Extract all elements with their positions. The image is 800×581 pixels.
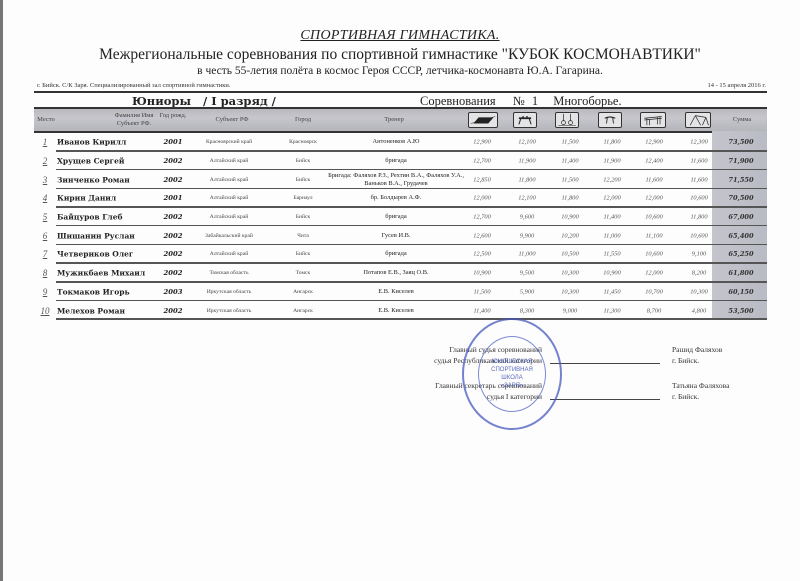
apparatus-score: 11,400 bbox=[548, 158, 592, 165]
apparatus-score: 11,100 bbox=[632, 232, 676, 239]
birth-year: 2002 bbox=[158, 232, 188, 240]
table-row: 3Зинченко Роман2002Алтайский крайБийскБр… bbox=[34, 170, 767, 189]
results-table-header: Место Фамилия Имя Субъект РФ. Год рожд. … bbox=[34, 107, 767, 133]
parallel-bars-icon bbox=[640, 112, 666, 128]
apparatus-score: 11,900 bbox=[590, 158, 634, 165]
apparatus-score: 10,200 bbox=[548, 232, 592, 239]
coach: бригада bbox=[324, 250, 468, 258]
apparatus-score: 11,800 bbox=[548, 195, 592, 202]
apparatus-score: 12,900 bbox=[632, 139, 676, 146]
venue: г. Бийск. С/К Заря. Специализированный з… bbox=[37, 82, 231, 89]
table-row: 4Кирин Данил2001Алтайский крайБарнаулбр.… bbox=[34, 189, 767, 208]
apparatus-score: 12,400 bbox=[632, 158, 676, 165]
birth-year: 2001 bbox=[158, 138, 188, 146]
total-score: 71,550 bbox=[716, 176, 766, 184]
apparatus-score: 11,500 bbox=[548, 176, 592, 183]
total-score: 65,250 bbox=[716, 250, 766, 258]
apparatus-score: 11,400 bbox=[590, 214, 634, 221]
athlete-name: Байцуров Глеб bbox=[57, 213, 122, 222]
apparatus-score: 12,200 bbox=[590, 176, 634, 183]
birth-year: 2003 bbox=[158, 288, 188, 296]
vault-icon bbox=[598, 112, 622, 128]
apparatus-score: 10,300 bbox=[548, 288, 592, 295]
city: Бийск bbox=[278, 177, 328, 183]
place-number: 10 bbox=[40, 306, 50, 316]
apparatus-score: 10,600 bbox=[677, 232, 721, 239]
apparatus-score: 11,550 bbox=[590, 251, 634, 258]
total-score: 53,500 bbox=[716, 307, 766, 315]
col-name: Фамилия Имя Субъект РФ. bbox=[106, 112, 162, 128]
apparatus-score: 11,800 bbox=[505, 176, 549, 183]
apparatus-score: 12,300 bbox=[677, 139, 721, 146]
coach: Гусев И.В. bbox=[324, 232, 468, 240]
apparatus-score: 4,800 bbox=[677, 307, 721, 314]
apparatus-score: 11,900 bbox=[505, 158, 549, 165]
city: Чита bbox=[278, 233, 328, 239]
total-score: 71,900 bbox=[716, 157, 766, 165]
place-number: 2 bbox=[40, 156, 50, 166]
apparatus-score: 11,000 bbox=[590, 232, 634, 239]
apparatus-score: 11,600 bbox=[677, 176, 721, 183]
city: Ангарск bbox=[278, 289, 328, 295]
apparatus-score: 12,000 bbox=[460, 195, 504, 202]
header-divider bbox=[34, 91, 767, 93]
birth-year: 2002 bbox=[158, 307, 188, 315]
city: Красноярск bbox=[278, 139, 328, 145]
athlete-name: Хрущев Сергей bbox=[57, 157, 125, 166]
apparatus-score: 11,800 bbox=[590, 139, 634, 146]
total-score: 65,400 bbox=[716, 232, 766, 240]
region: Томская область bbox=[194, 270, 264, 276]
pommel-horse-icon bbox=[513, 112, 537, 128]
apparatus-score: 9,100 bbox=[677, 251, 721, 258]
stamp-text-line: ШКОЛА bbox=[464, 374, 560, 382]
coach: бр. Болдырев А.Ф. bbox=[324, 194, 468, 202]
event-dedication: в честь 55-летия полёта в космос Героя С… bbox=[0, 65, 800, 77]
apparatus-score: 11,450 bbox=[590, 288, 634, 295]
chief-secretary-info: Татьяна Фаляхова г. Бийск. bbox=[672, 380, 729, 402]
apparatus-score: 12,100 bbox=[505, 195, 549, 202]
place-number: 1 bbox=[40, 137, 50, 147]
apparatus-score: 12,900 bbox=[460, 139, 504, 146]
region: Алтайский край bbox=[194, 195, 264, 201]
stamp-text-line: «ЗАРЯ» bbox=[464, 382, 560, 390]
apparatus-score: 12,500 bbox=[460, 251, 504, 258]
apparatus-score: 11,500 bbox=[548, 139, 592, 146]
apparatus-score: 10,900 bbox=[590, 270, 634, 277]
coach: бригада bbox=[324, 157, 468, 165]
city: Ангарск bbox=[278, 308, 328, 314]
place-number: 8 bbox=[40, 268, 50, 278]
region: Красноярский край bbox=[194, 139, 264, 145]
apparatus-score: 12,100 bbox=[505, 139, 549, 146]
apparatus-score: 12,000 bbox=[632, 195, 676, 202]
total-score: 70,500 bbox=[716, 194, 766, 202]
table-row: 5Байцуров Глеб2002Алтайский крайБийскбри… bbox=[34, 208, 767, 227]
event-title: Межрегиональные соревнования по спортивн… bbox=[0, 46, 800, 64]
chief-judge-signature-line bbox=[550, 363, 660, 364]
coach: Е.В. Киселев bbox=[324, 307, 468, 315]
coach: Антоненков А.Ю bbox=[324, 138, 468, 146]
apparatus-score: 10,300 bbox=[548, 270, 592, 277]
event-dates: 14 - 15 апреля 2016 г. bbox=[708, 82, 767, 89]
competition-type: Многоборье. bbox=[553, 94, 621, 108]
region: Алтайский край bbox=[194, 177, 264, 183]
coach: бригада bbox=[324, 213, 468, 221]
col-city: Город bbox=[278, 116, 328, 124]
apparatus-score: 11,600 bbox=[632, 176, 676, 183]
coach: Е.В. Киселев bbox=[324, 288, 468, 296]
apparatus-score: 10,900 bbox=[460, 270, 504, 277]
region: Алтайский край bbox=[194, 158, 264, 164]
city: Бийск bbox=[278, 158, 328, 164]
table-row: 7Четвериков Олег2002Алтайский крайБийскб… bbox=[34, 245, 767, 264]
apparatus-score: 12,850 bbox=[460, 176, 504, 183]
apparatus-score: 8,700 bbox=[632, 307, 676, 314]
apparatus-score: 12,000 bbox=[632, 270, 676, 277]
city: Барнаул bbox=[278, 195, 328, 201]
athlete-name: Иванов Кирилл bbox=[57, 138, 126, 147]
apparatus-score: 10,600 bbox=[632, 214, 676, 221]
apparatus-score: 10,300 bbox=[677, 288, 721, 295]
total-score: 67,000 bbox=[716, 213, 766, 221]
athlete-name: Шишанин Руслан bbox=[57, 231, 135, 240]
col-region: Субъект РФ bbox=[202, 116, 262, 124]
total-score: 61,800 bbox=[716, 269, 766, 277]
apparatus-score: 12,600 bbox=[460, 232, 504, 239]
apparatus-score: 10,600 bbox=[677, 195, 721, 202]
apparatus-score: 11,500 bbox=[460, 288, 504, 295]
table-row: 2Хрущев Сергей2002Алтайский крайБийскбри… bbox=[34, 152, 767, 171]
apparatus-score: 8,300 bbox=[505, 307, 549, 314]
apparatus-score: 11,600 bbox=[677, 158, 721, 165]
apparatus-score: 12,700 bbox=[460, 214, 504, 221]
table-row: 8Мужикбаев Михаил2002Томская областьТомс… bbox=[34, 264, 767, 283]
apparatus-score: 9,900 bbox=[505, 232, 549, 239]
birth-year: 2002 bbox=[158, 157, 188, 165]
apparatus-score: 11,800 bbox=[677, 214, 721, 221]
table-row: 9Токмаков Игорь2003Иркутская областьАнга… bbox=[34, 283, 767, 302]
place-number: 4 bbox=[40, 193, 50, 203]
birth-year: 2002 bbox=[158, 269, 188, 277]
region: Алтайский край bbox=[194, 214, 264, 220]
birth-year: 2002 bbox=[158, 213, 188, 221]
chief-judge-name: Рашид Фаляхов bbox=[672, 344, 722, 355]
birth-year: 2001 bbox=[158, 194, 188, 202]
city: Бийск bbox=[278, 251, 328, 257]
floor-exercise-icon bbox=[468, 112, 498, 128]
scan-edge bbox=[0, 0, 3, 581]
place-number: 3 bbox=[40, 175, 50, 185]
category-label: Юниоры / I разряд / bbox=[132, 94, 276, 108]
city: Томск bbox=[278, 270, 328, 276]
coach: Потапов Е.В., Заяц О.В. bbox=[324, 269, 468, 277]
apparatus-score: 10,500 bbox=[548, 251, 592, 258]
region: Иркутская область bbox=[194, 308, 264, 314]
city: Бийск bbox=[278, 214, 328, 220]
rings-icon bbox=[555, 112, 579, 128]
apparatus-score: 9,500 bbox=[505, 270, 549, 277]
apparatus-score: 12,700 bbox=[460, 158, 504, 165]
competition-number: № 1 bbox=[513, 94, 538, 108]
apparatus-score: 10,600 bbox=[632, 251, 676, 258]
athlete-name: Токмаков Игорь bbox=[57, 287, 130, 296]
col-total: Сумма bbox=[717, 116, 767, 124]
table-row: 6Шишанин Руслан2002Забайкальский крайЧит… bbox=[34, 226, 767, 245]
chief-judge-city: г. Бийск. bbox=[672, 355, 722, 366]
place-number: 7 bbox=[40, 249, 50, 259]
chief-secretary-city: г. Бийск. bbox=[672, 391, 729, 402]
athlete-name: Мелехов Роман bbox=[57, 306, 125, 315]
stamp-text-line: ЮНОШЕСКАЯ bbox=[464, 358, 560, 366]
total-score: 73,500 bbox=[716, 138, 766, 146]
stamp-text: ЮНОШЕСКАЯ СПОРТИВНАЯ ШКОЛА «ЗАРЯ» bbox=[464, 358, 560, 390]
place-number: 6 bbox=[40, 231, 50, 241]
col-place: Место bbox=[36, 116, 56, 124]
region: Алтайский край bbox=[194, 251, 264, 257]
apparatus-score: 9,600 bbox=[505, 214, 549, 221]
results-table-body: 1Иванов Кирилл2001Красноярский крайКрасн… bbox=[34, 133, 767, 320]
apparatus-score: 10,900 bbox=[548, 214, 592, 221]
official-stamp: ЮНОШЕСКАЯ СПОРТИВНАЯ ШКОЛА «ЗАРЯ» bbox=[462, 318, 562, 430]
apparatus-score: 10,700 bbox=[632, 288, 676, 295]
athlete-name: Мужикбаев Михаил bbox=[57, 269, 145, 278]
athlete-name: Зинченко Роман bbox=[57, 175, 130, 184]
region: Забайкальский край bbox=[194, 233, 264, 239]
sport-title: СПОРТИВНАЯ ГИМНАСТИКА. bbox=[0, 28, 800, 44]
birth-year: 2002 bbox=[158, 176, 188, 184]
apparatus-score: 11,400 bbox=[460, 307, 504, 314]
apparatus-score: 12,000 bbox=[590, 195, 634, 202]
chief-judge-info: Рашид Фаляхов г. Бийск. bbox=[672, 344, 722, 366]
col-year: Год рожд. bbox=[158, 112, 188, 120]
place-number: 9 bbox=[40, 287, 50, 297]
apparatus-score: 11,000 bbox=[505, 251, 549, 258]
athlete-name: Четвериков Олег bbox=[57, 250, 134, 259]
chief-secretary-name: Татьяна Фаляхова bbox=[672, 380, 729, 391]
stamp-text-line: СПОРТИВНАЯ bbox=[464, 366, 560, 374]
competition-label: Соревнования bbox=[420, 94, 496, 108]
table-row: 1Иванов Кирилл2001Красноярский крайКрасн… bbox=[34, 133, 767, 152]
chief-secretary-signature-line bbox=[550, 399, 660, 400]
place-number: 5 bbox=[40, 212, 50, 222]
coach: Бригада: Фаляхов Р.З., Рехтин В.А., Фаля… bbox=[324, 172, 468, 188]
total-score: 60,150 bbox=[716, 288, 766, 296]
table-row: 10Мелехов Роман2002Иркутская областьАнга… bbox=[34, 301, 767, 320]
col-coach: Тренер bbox=[369, 116, 419, 124]
apparatus-score: 5,900 bbox=[505, 288, 549, 295]
apparatus-score: 11,300 bbox=[590, 307, 634, 314]
apparatus-score: 9,000 bbox=[548, 307, 592, 314]
region: Иркутская область bbox=[194, 289, 264, 295]
apparatus-score: 8,200 bbox=[677, 270, 721, 277]
horizontal-bar-icon bbox=[685, 112, 711, 128]
birth-year: 2002 bbox=[158, 250, 188, 258]
athlete-name: Кирин Данил bbox=[57, 194, 116, 203]
